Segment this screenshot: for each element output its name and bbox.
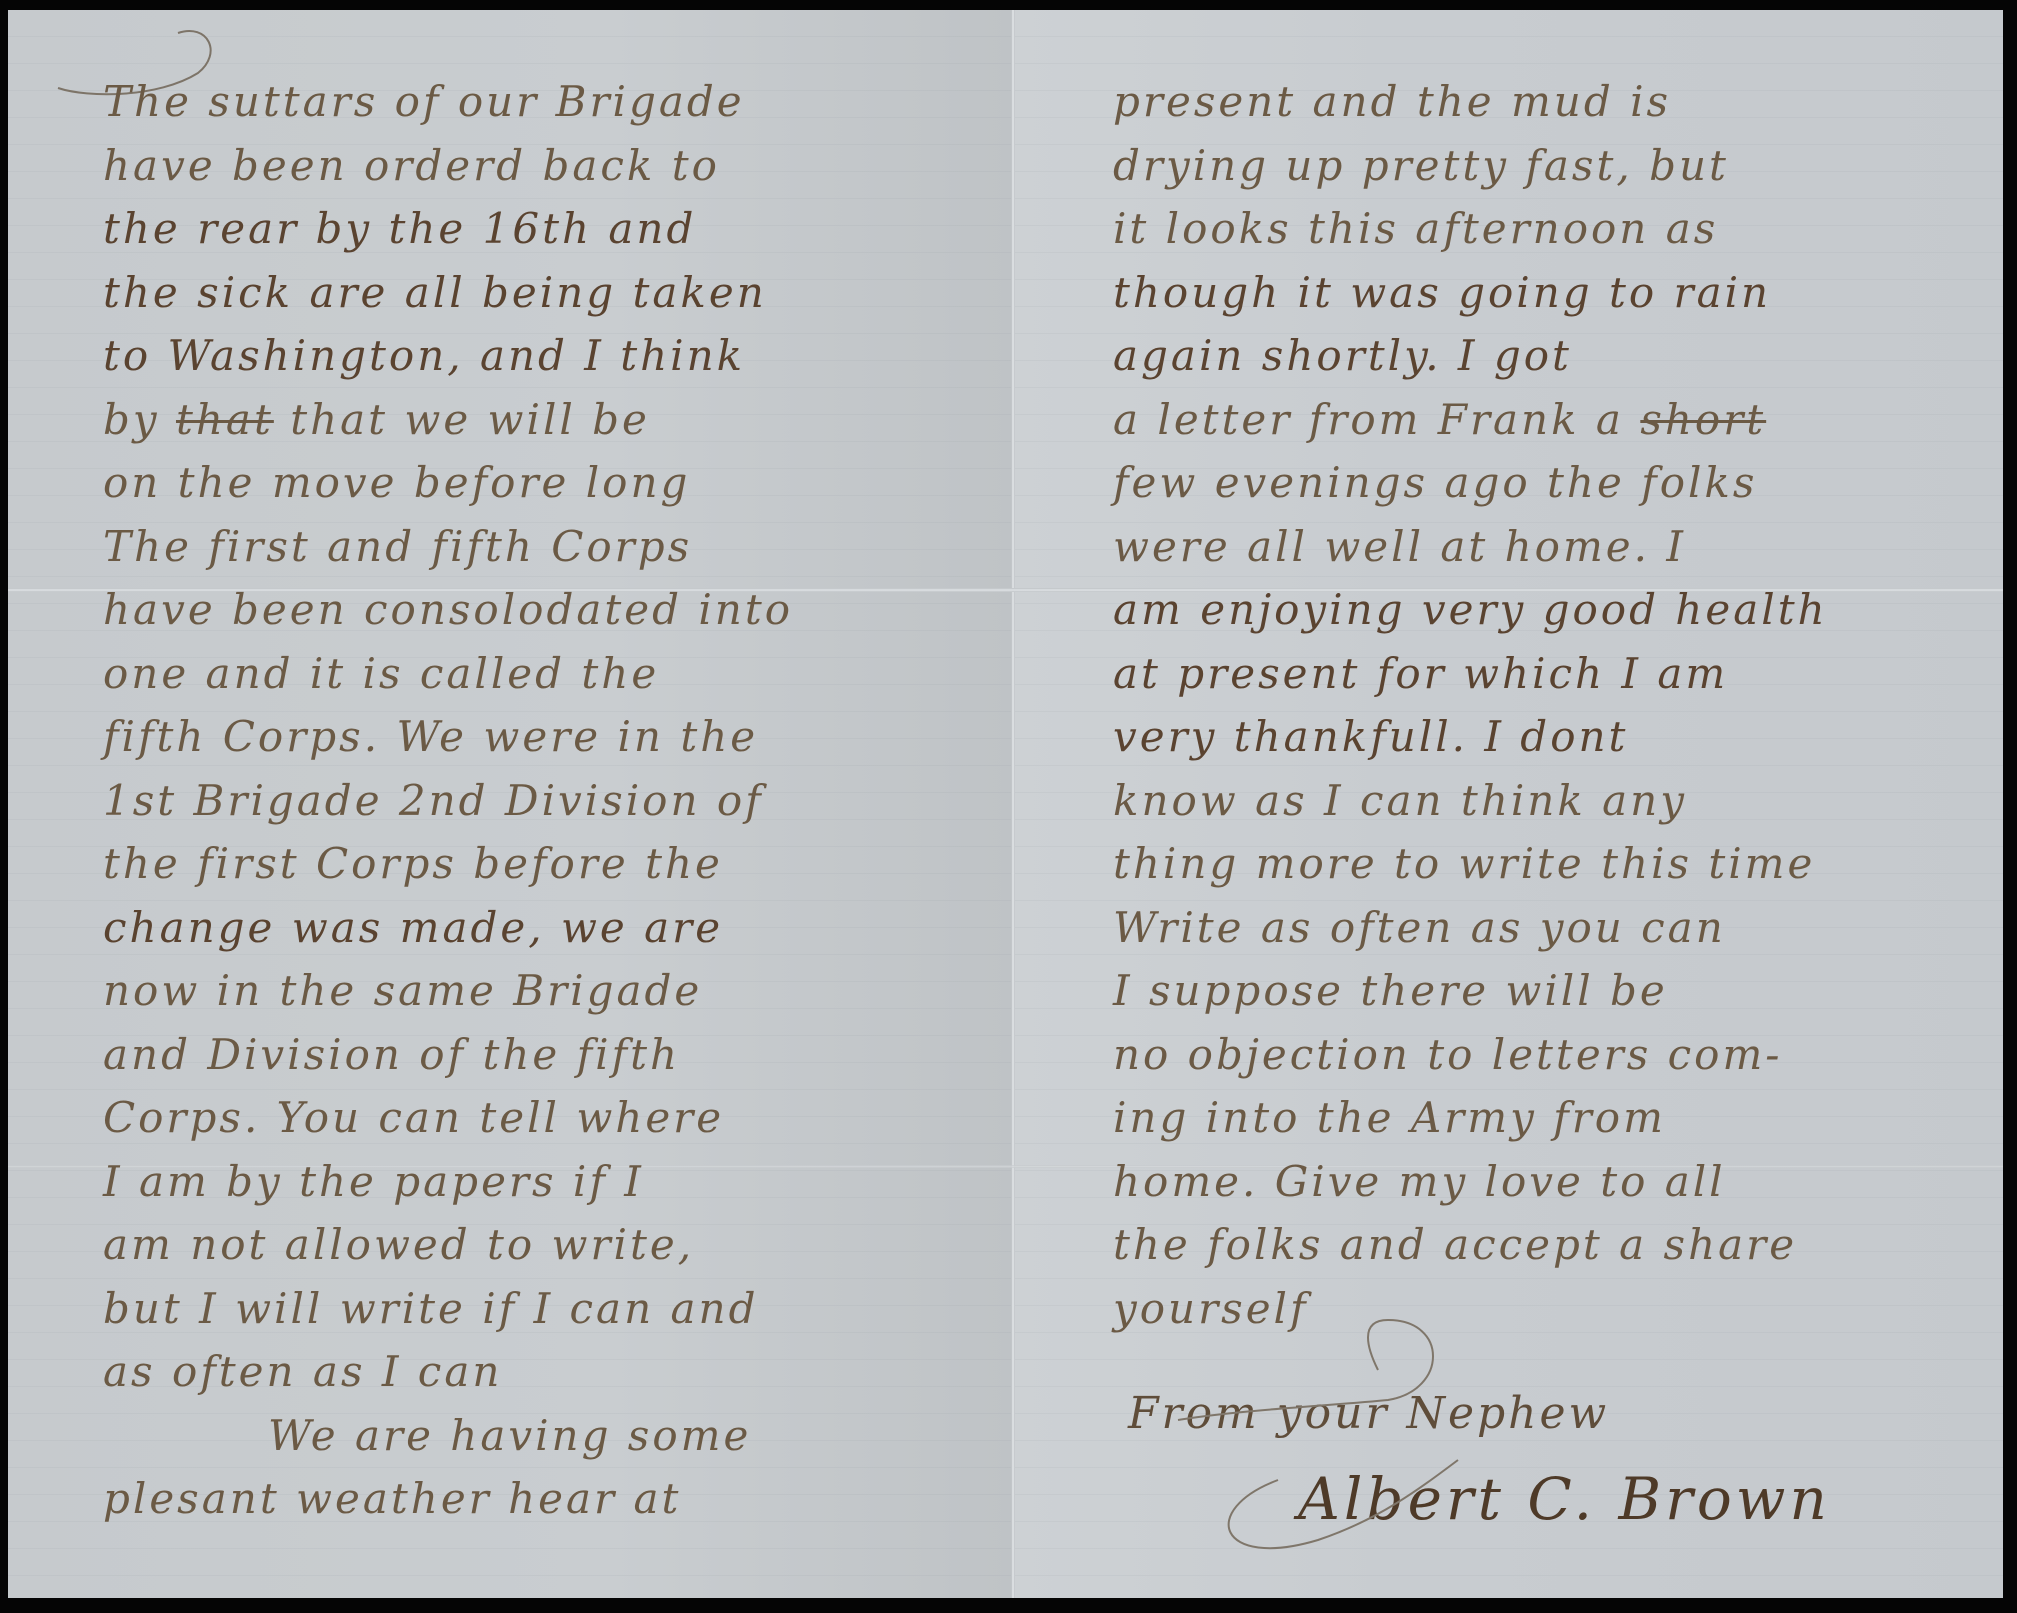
letter-line: The suttars of our Brigade [103, 70, 1003, 134]
letter-line: the first Corps before the [103, 832, 1003, 896]
letter-line: thing more to write this time [1113, 832, 1993, 896]
letter-scan: The suttars of our Brigade have been ord… [8, 10, 2003, 1598]
letter-line: have been orderd back to [103, 134, 1003, 198]
letter-line: the rear by the 16th and [103, 197, 1003, 261]
vertical-fold [1011, 10, 1015, 1598]
letter-line: and Division of the fifth [103, 1023, 1003, 1087]
letter-line: though it was going to rain [1113, 261, 1993, 325]
letter-line: 1st Brigade 2nd Division of [103, 769, 1003, 833]
letter-line: Corps. You can tell where [103, 1086, 1003, 1150]
letter-line: again shortly. I got [1113, 324, 1993, 388]
signature: Albert C. Brown [1298, 1465, 1831, 1533]
word: a letter from Frank a [1113, 395, 1624, 444]
letter-line: have been consolodated into [103, 578, 1003, 642]
letter-line: at present for which I am [1113, 642, 1993, 706]
letter-line: fifth Corps. We were in the [103, 705, 1003, 769]
word: by [103, 395, 160, 444]
letter-line: home. Give my love to all [1113, 1150, 1993, 1214]
letter-line: but I will write if I can and [103, 1277, 1003, 1341]
letter-line: on the move before long [103, 451, 1003, 515]
letter-line: I suppose there will be [1113, 959, 1993, 1023]
letter-line: yourself [1113, 1277, 1993, 1341]
letter-line: were all well at home. I [1113, 515, 1993, 579]
letter-line: We are having some [103, 1404, 1003, 1468]
left-page-text: The suttars of our Brigade have been ord… [103, 70, 1003, 1531]
word: that we will be [290, 395, 650, 444]
letter-line: Write as often as you can [1113, 896, 1993, 960]
letter-line: know as I can think any [1113, 769, 1993, 833]
letter-line: am enjoying very good health [1113, 578, 1993, 642]
letter-line: it looks this afternoon as [1113, 197, 1993, 261]
letter-line-with-strikeout: a letter from Frank a short [1113, 388, 1993, 452]
letter-closing: From your Nephew [1128, 1388, 1609, 1439]
letter-line: no objection to letters com- [1113, 1023, 1993, 1087]
letter-line: I am by the papers if I [103, 1150, 1003, 1214]
letter-line: the sick are all being taken [103, 261, 1003, 325]
letter-line: change was made, we are [103, 896, 1003, 960]
letter-line-with-strikeout: by that that we will be [103, 388, 1003, 452]
letter-line: ing into the Army from [1113, 1086, 1993, 1150]
right-page-text: present and the mud is drying up pretty … [1113, 70, 1993, 1340]
letter-line: to Washington, and I think [103, 324, 1003, 388]
letter-line: one and it is called the [103, 642, 1003, 706]
letter-line: few evenings ago the folks [1113, 451, 1993, 515]
letter-line: as often as I can [103, 1340, 1003, 1404]
letter-line: present and the mud is [1113, 70, 1993, 134]
letter-line: plesant weather hear at [103, 1467, 1003, 1531]
struck-word: that [176, 395, 274, 444]
letter-line: drying up pretty fast, but [1113, 134, 1993, 198]
letter-line: now in the same Brigade [103, 959, 1003, 1023]
letter-line: am not allowed to write, [103, 1213, 1003, 1277]
letter-line: the folks and accept a share [1113, 1213, 1993, 1277]
struck-word: short [1640, 395, 1766, 444]
letter-line: very thankfull. I dont [1113, 705, 1993, 769]
letter-line: The first and fifth Corps [103, 515, 1003, 579]
